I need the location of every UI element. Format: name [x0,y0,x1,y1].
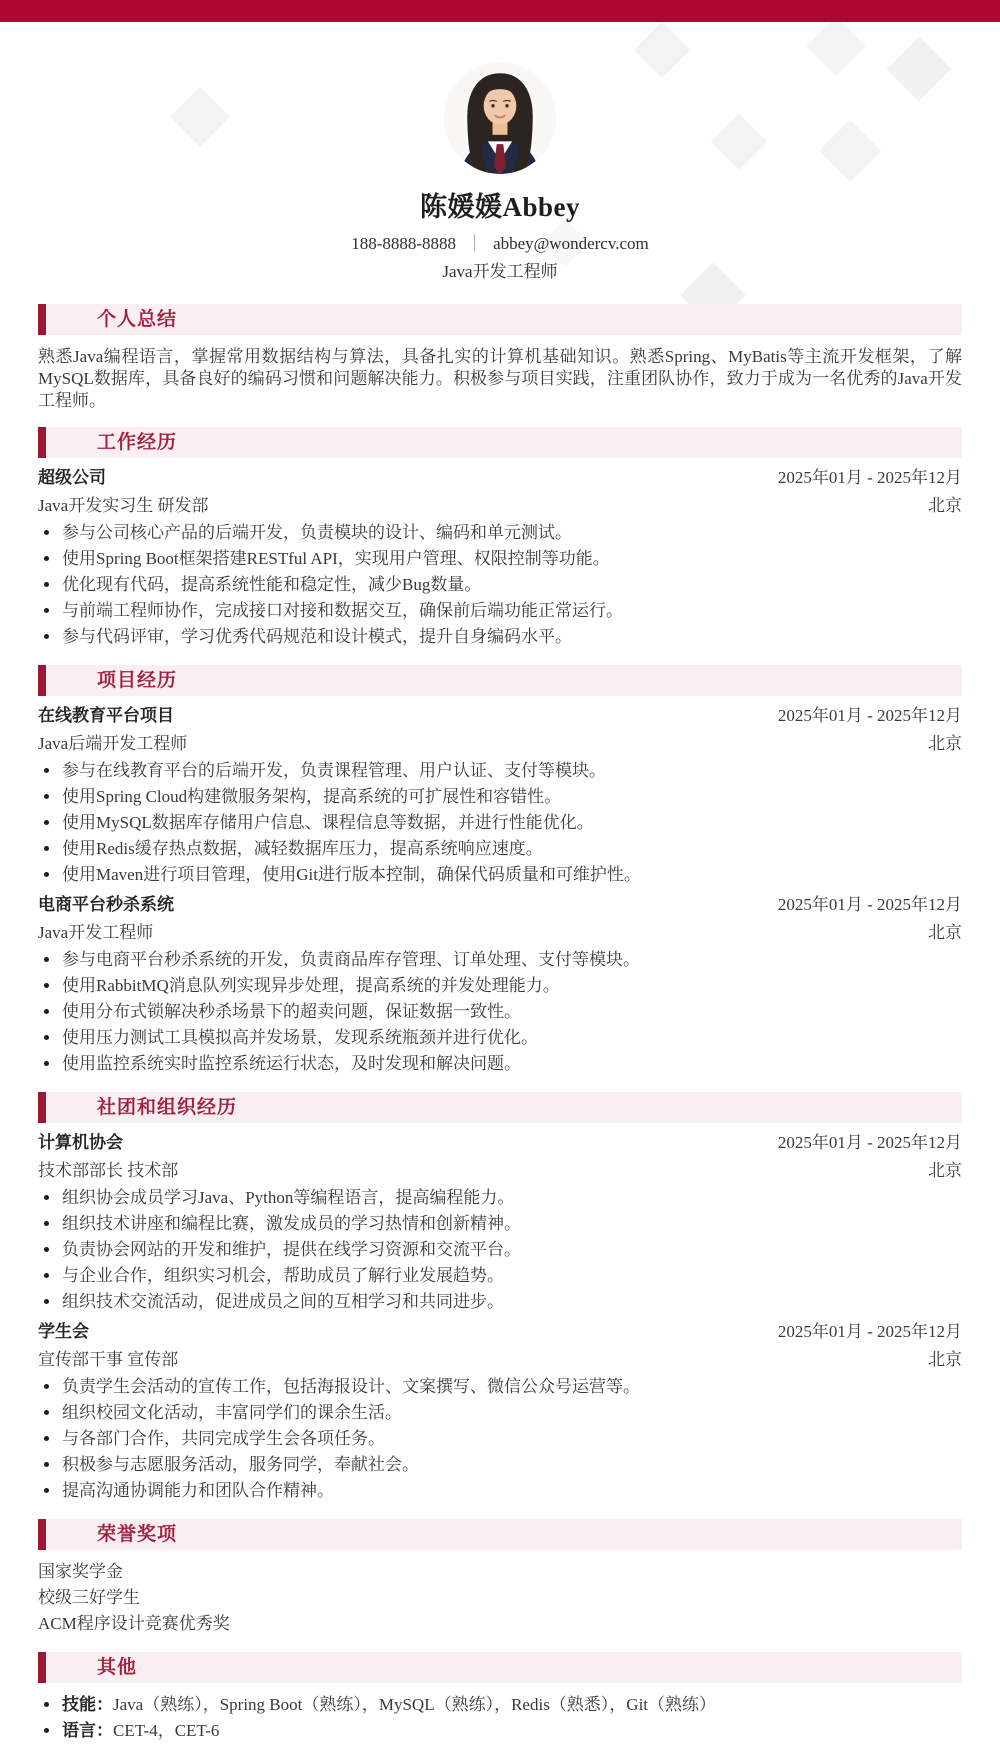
candidate-name: 陈媛媛Abbey [0,190,1000,224]
date-range: 2025年01月 - 2025年12月 [778,705,962,727]
project-entry: 电商平台秒杀系统 2025年01月 - 2025年12月 Java开发工程师 北… [38,894,962,1077]
entry-role-row: Java开发实习生 研发部 北京 [38,495,962,517]
location: 北京 [928,495,962,517]
section-title: 其他 [97,1658,137,1677]
location: 北京 [928,1160,962,1182]
skills-item: 技能：Java（熟练），Spring Boot（熟练），MySQL（熟练），Re… [38,1692,962,1718]
phone-number: 188-8888-8888 [351,234,456,253]
bullet-item: 使用压力测试工具模拟高并发场景，发现系统瓶颈并进行优化。 [38,1025,962,1051]
entry-header-row: 在线教育平台项目 2025年01月 - 2025年12月 [38,705,962,727]
skills-label: 技能： [62,1695,113,1714]
entry-role-row: 技术部部长 技术部 北京 [38,1160,962,1182]
honor-item: 校级三好学生 [38,1585,962,1611]
bullet-item: 与前端工程师协作，完成接口对接和数据交互，确保前后端功能正常运行。 [38,598,962,624]
company-name: 超级公司 [38,467,106,489]
entry-header-row: 超级公司 2025年01月 - 2025年12月 [38,467,962,489]
skills-text: Java（熟练），Spring Boot（熟练），MySQL（熟练），Redis… [113,1695,716,1714]
avatar-illustration [444,62,556,174]
date-range: 2025年01月 - 2025年12月 [778,1321,962,1343]
summary-heading-bar: 个人总结 [38,304,962,335]
section-other: 其他 技能：Java（熟练），Spring Boot（熟练），MySQL（熟练）… [0,1652,1000,1744]
bullet-item: 负责协会网站的开发和维护，提供在线学习资源和交流平台。 [38,1237,962,1263]
summary-paragraph: 熟悉Java编程语言，掌握常用数据结构与算法，具备扎实的计算机基础知识。熟悉Sp… [38,346,962,412]
bullet-list: 参与电商平台秒杀系统的开发，负责商品库存管理、订单处理、支付等模块。 使用Rab… [38,947,962,1077]
club-entry: 学生会 2025年01月 - 2025年12月 宣传部干事 宣传部 北京 负责学… [38,1321,962,1504]
section-title: 项目经历 [97,671,177,690]
entry-role-row: Java开发工程师 北京 [38,922,962,944]
bullet-item: 参与代码评审，学习优秀代码规范和设计模式，提升自身编码水平。 [38,624,962,650]
clubs-heading-bar: 社团和组织经历 [38,1092,962,1123]
bullet-item: 使用RabbitMQ消息队列实现异步处理，提高系统的并发处理能力。 [38,973,962,999]
date-range: 2025年01月 - 2025年12月 [778,894,962,916]
bullet-item: 组织技术交流活动，促进成员之间的互相学习和共同进步。 [38,1289,962,1315]
other-list: 技能：Java（熟练），Spring Boot（熟练），MySQL（熟练），Re… [38,1692,962,1744]
entry-header-row: 学生会 2025年01月 - 2025年12月 [38,1321,962,1343]
bullet-item: 使用Redis缓存热点数据，减轻数据库压力，提高系统响应速度。 [38,836,962,862]
section-title: 工作经历 [97,433,177,452]
bullet-item: 优化现有代码，提高系统性能和稳定性，减少Bug数量。 [38,572,962,598]
bullet-item: 使用监控系统实时监控系统运行状态，及时发现和解决问题。 [38,1051,962,1077]
honors-heading-bar: 荣誉奖项 [38,1519,962,1550]
bullet-item: 参与在线教育平台的后端开发，负责课程管理、用户认证、支付等模块。 [38,758,962,784]
contact-line: 188-8888-8888｜abbey@wondercv.com [0,232,1000,255]
section-work: 工作经历 超级公司 2025年01月 - 2025年12月 Java开发实习生 … [0,427,1000,650]
bullet-item: 使用Maven进行项目管理，使用Git进行版本控制，确保代码质量和可维护性。 [38,862,962,888]
top-accent-bar [0,0,1000,22]
bullet-item: 使用Spring Cloud构建微服务架构，提高系统的可扩展性和容错性。 [38,784,962,810]
organization-name: 学生会 [38,1321,89,1343]
other-heading-bar: 其他 [38,1652,962,1683]
languages-label: 语言： [62,1721,113,1740]
profile-photo [444,62,556,174]
role-title: Java后端开发工程师 [38,733,187,755]
bullet-item: 使用MySQL数据库存储用户信息、课程信息等数据，并进行性能优化。 [38,810,962,836]
date-range: 2025年01月 - 2025年12月 [778,1132,962,1154]
entry-header-row: 电商平台秒杀系统 2025年01月 - 2025年12月 [38,894,962,916]
languages-item: 语言：CET-4，CET-6 [38,1718,962,1744]
resume-header: 陈媛媛Abbey 188-8888-8888｜abbey@wondercv.co… [0,62,1000,283]
role-title: Java开发实习生 研发部 [38,495,208,517]
honor-item: 国家奖学金 [38,1559,962,1585]
target-position: Java开发工程师 [0,260,1000,283]
bullet-item: 积极参与志愿服务活动，服务同学，奉献社会。 [38,1452,962,1478]
work-heading-bar: 工作经历 [38,427,962,458]
project-name: 电商平台秒杀系统 [38,894,174,916]
bullet-item: 组织校园文化活动，丰富同学们的课余生活。 [38,1400,962,1426]
languages-text: CET-4，CET-6 [113,1721,219,1740]
bullet-item: 参与电商平台秒杀系统的开发，负责商品库存管理、订单处理、支付等模块。 [38,947,962,973]
work-entry: 超级公司 2025年01月 - 2025年12月 Java开发实习生 研发部 北… [38,467,962,650]
role-title: 宣传部干事 宣传部 [38,1349,178,1371]
bullet-item: 负责学生会活动的宣传工作，包括海报设计、文案撰写、微信公众号运营等。 [38,1374,962,1400]
role-title: Java开发工程师 [38,922,153,944]
bullet-item: 组织技术讲座和编程比赛，激发成员的学习热情和创新精神。 [38,1211,962,1237]
location: 北京 [928,1349,962,1371]
bullet-item: 与企业合作，组织实习机会，帮助成员了解行业发展趋势。 [38,1263,962,1289]
section-clubs: 社团和组织经历 计算机协会 2025年01月 - 2025年12月 技术部部长 … [0,1092,1000,1504]
bullet-item: 组织协会成员学习Java、Python等编程语言，提高编程能力。 [38,1185,962,1211]
section-title: 荣誉奖项 [97,1525,177,1544]
location: 北京 [928,733,962,755]
section-summary: 个人总结 熟悉Java编程语言，掌握常用数据结构与算法，具备扎实的计算机基础知识… [0,304,1000,412]
email-address: abbey@wondercv.com [493,234,649,253]
bullet-list: 参与在线教育平台的后端开发，负责课程管理、用户认证、支付等模块。 使用Sprin… [38,758,962,888]
bullet-item: 参与公司核心产品的后端开发，负责模块的设计、编码和单元测试。 [38,520,962,546]
bullet-item: 与各部门合作，共同完成学生会各项任务。 [38,1426,962,1452]
bullet-list: 负责学生会活动的宣传工作，包括海报设计、文案撰写、微信公众号运营等。 组织校园文… [38,1374,962,1504]
role-title: 技术部部长 技术部 [38,1160,178,1182]
projects-heading-bar: 项目经历 [38,665,962,696]
resume-page: 陈媛媛Abbey 188-8888-8888｜abbey@wondercv.co… [0,0,1000,1751]
entry-role-row: Java后端开发工程师 北京 [38,733,962,755]
bullet-item: 使用分布式锁解决秒杀场景下的超卖问题，保证数据一致性。 [38,999,962,1025]
project-entry: 在线教育平台项目 2025年01月 - 2025年12月 Java后端开发工程师… [38,705,962,888]
club-entry: 计算机协会 2025年01月 - 2025年12月 技术部部长 技术部 北京 组… [38,1132,962,1315]
bullet-item: 使用Spring Boot框架搭建RESTful API，实现用户管理、权限控制… [38,546,962,572]
section-title: 社团和组织经历 [97,1098,237,1117]
location: 北京 [928,922,962,944]
section-title: 个人总结 [97,310,177,329]
date-range: 2025年01月 - 2025年12月 [778,467,962,489]
honor-item: ACM程序设计竞赛优秀奖 [38,1611,962,1637]
section-honors: 荣誉奖项 国家奖学金 校级三好学生 ACM程序设计竞赛优秀奖 [0,1519,1000,1637]
project-name: 在线教育平台项目 [38,705,174,727]
entry-header-row: 计算机协会 2025年01月 - 2025年12月 [38,1132,962,1154]
entry-role-row: 宣传部干事 宣传部 北京 [38,1349,962,1371]
bullet-list: 组织协会成员学习Java、Python等编程语言，提高编程能力。 组织技术讲座和… [38,1185,962,1315]
organization-name: 计算机协会 [38,1132,123,1154]
section-projects: 项目经历 在线教育平台项目 2025年01月 - 2025年12月 Java后端… [0,665,1000,1077]
bullet-list: 参与公司核心产品的后端开发，负责模块的设计、编码和单元测试。 使用Spring … [38,520,962,650]
bullet-item: 提高沟通协调能力和团队合作精神。 [38,1478,962,1504]
contact-divider: ｜ [466,234,483,253]
